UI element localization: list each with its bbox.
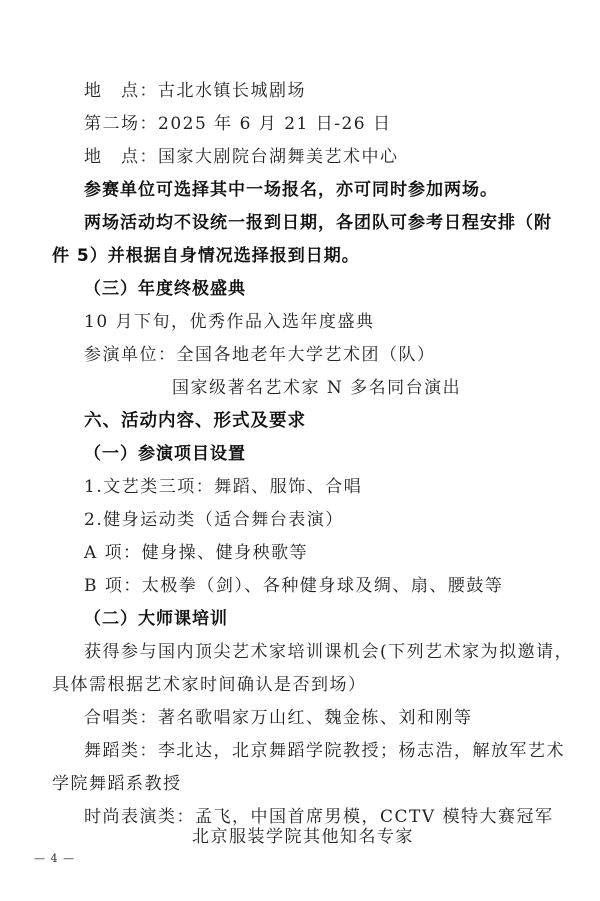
- item-a: A 项：健身操、健身秧歌等: [84, 542, 308, 564]
- venue-line-1: 地 点：古北水镇长城剧场: [84, 80, 306, 102]
- gala-participants: 参演单位：全国各地老年大学艺术团（队）: [84, 344, 436, 366]
- gala-artists: 国家级著名艺术家 N 多名同台演出: [172, 377, 461, 399]
- dance-artists-1: 舞蹈类：李北达，北京舞蹈学院教授；杨志浩，解放军艺术: [84, 740, 565, 762]
- fashion-experts: 北京服装学院其他知名专家: [192, 826, 414, 848]
- masterclass-intro-2: 具体需根据艺术家时间确认是否到场）: [52, 674, 367, 696]
- section-heading-annual-gala: （三）年度终极盛典: [84, 278, 246, 300]
- check-in-note-2: 件 5）并根据自身情况选择报到日期。: [52, 245, 360, 267]
- item-fitness-category: 2.健身运动类（适合舞台表演）: [84, 509, 344, 531]
- dance-artists-2: 学院舞蹈系教授: [52, 773, 182, 795]
- page-number: — 4 —: [34, 852, 75, 865]
- chapter-heading-activities: 六、活动内容、形式及要求: [84, 410, 306, 432]
- fashion-artists: 时尚表演类：孟飞，中国首席男模，CCTV 模特大赛冠军: [84, 806, 554, 828]
- masterclass-intro-1: 获得参与国内顶尖艺术家培训课机会(下列艺术家为拟邀请，: [84, 641, 573, 663]
- registration-note: 参赛单位可选择其中一场报名，亦可同时参加两场。: [84, 179, 498, 201]
- section-heading-program-items: （一）参演项目设置: [84, 443, 246, 465]
- session-two-date: 第二场：2025 年 6 月 21 日-26 日: [84, 113, 392, 135]
- item-b: B 项：太极拳（剑）、各种健身球及绸、扇、腰鼓等: [84, 575, 503, 597]
- chorus-artists: 合唱类：著名歌唱家万山红、魏金栋、刘和刚等: [84, 707, 473, 729]
- section-heading-masterclass: （二）大师课培训: [84, 608, 228, 630]
- item-arts-category: 1.文艺类三项：舞蹈、服饰、合唱: [84, 476, 362, 498]
- venue-line-2: 地 点：国家大剧院台湖舞美艺术中心: [84, 146, 399, 168]
- gala-date: 10 月下旬，优秀作品入选年度盛典: [84, 311, 375, 333]
- check-in-note-1: 两场活动均不设统一报到日期，各团队可参考日程安排（附: [84, 212, 552, 234]
